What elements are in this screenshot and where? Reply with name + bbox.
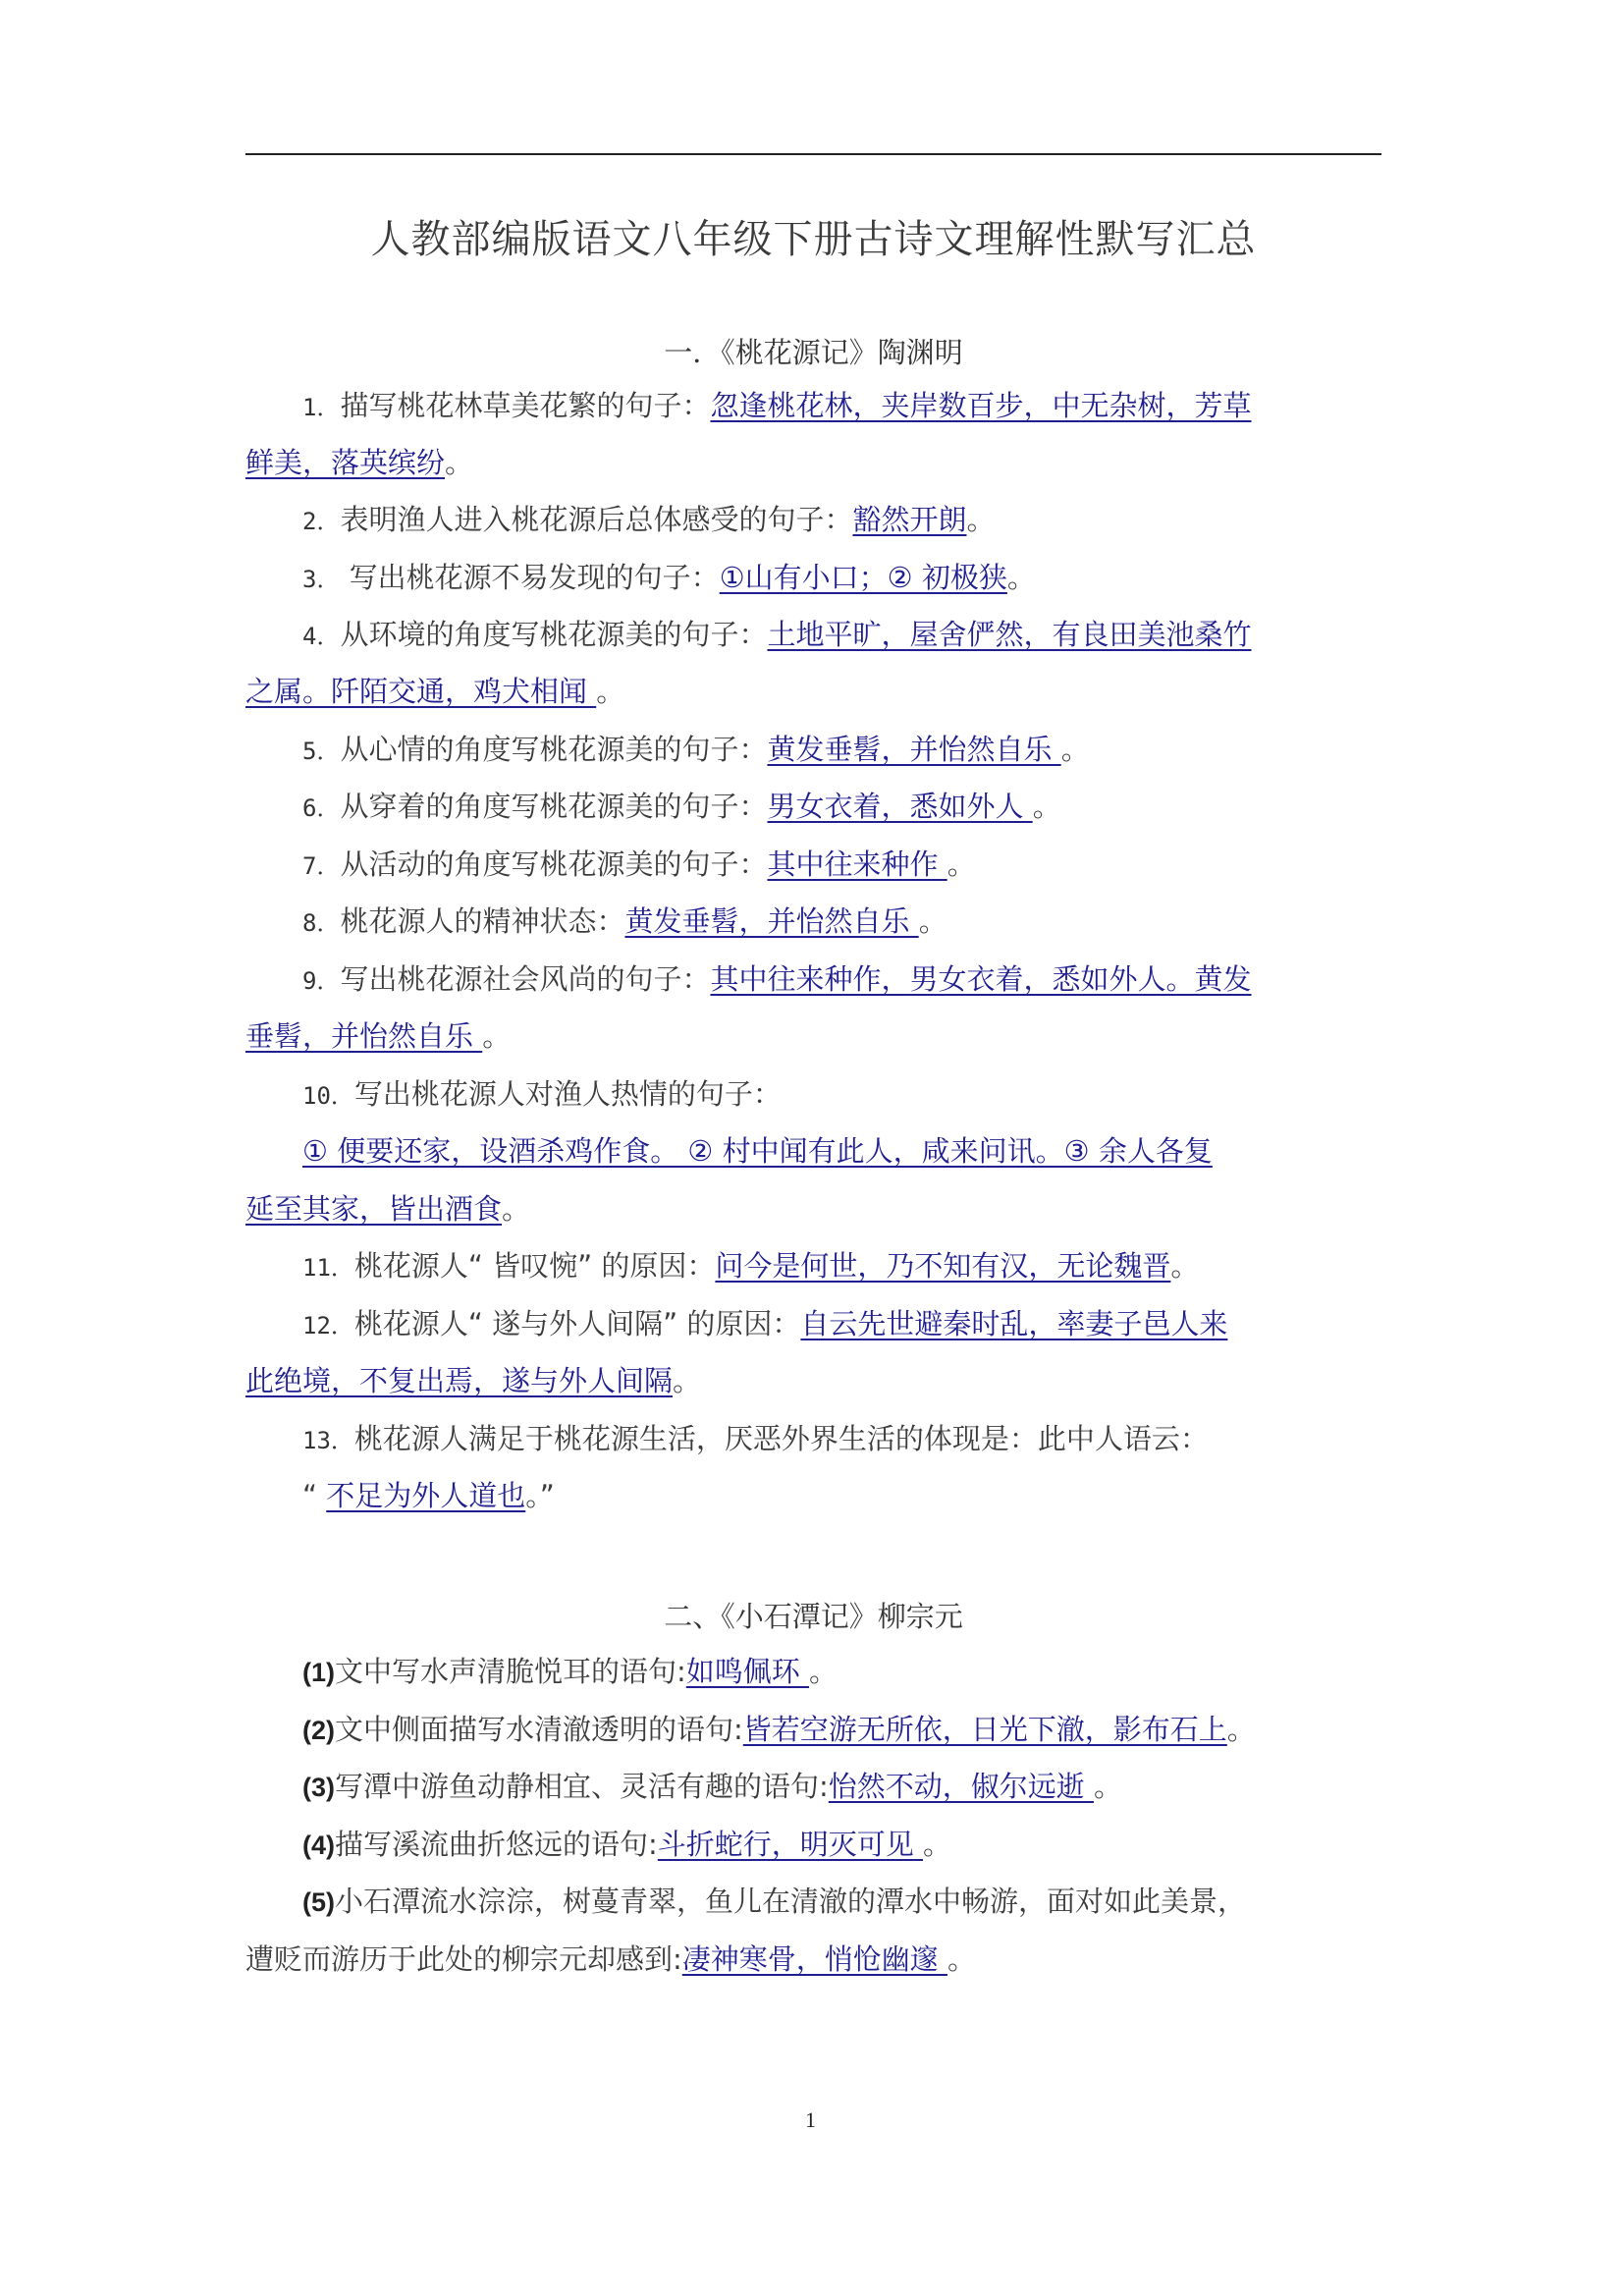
answer: 其中往来种作 — [767, 847, 947, 881]
document-title: 人教部编版语文八年级下册古诗文理解性默写汇总 — [245, 208, 1381, 264]
header-rule — [245, 153, 1381, 155]
item-12: 12．桃花源人“ 遂与外人间隔” 的原因：自云先世避秦时乱，率妻子邑人来 — [245, 1304, 1441, 1345]
item-11: 11．桃花源人“ 皆叹惋” 的原因：问今是何世，乃不知有汉，无论魏晋。 — [245, 1246, 1441, 1287]
answer: ①山有小口；② 初极狭 — [720, 561, 1007, 594]
item-s2-1: (1)文中写水声清脆悦耳的语句:如鸣佩环 。 — [245, 1652, 1441, 1692]
item-1-cont: 鲜美，落英缤纷。 — [245, 443, 1384, 482]
item-10-cont: 延至其家，皆出酒食。 — [245, 1189, 1384, 1229]
item-s2-5-cont: 遭贬而游历于此处的柳宗元却感到:凄神寒骨，悄怆幽邃 。 — [245, 1940, 1384, 1979]
answer: 黄发垂髫，并怡然自乐 — [767, 733, 1060, 766]
item-4: 4．从环境的角度写桃花源美的句子：土地平旷，屋舍俨然，有良田美池桑竹 — [245, 615, 1441, 656]
item-2: 2．表明渔人进入桃花源后总体感受的句子：豁然开朗。 — [245, 500, 1441, 541]
answer: 之属。阡陌交通，鸡犬相闻 — [245, 675, 596, 708]
answer: 凄神寒骨，悄怆幽邃 — [682, 1942, 947, 1976]
item-10: 10．写出桃花源人对渔人热情的句子： — [245, 1074, 1441, 1116]
item-s2-3: (3)写潭中游鱼动静相宜、灵活有趣的语句:怡然不动，俶尔远逝 。 — [245, 1767, 1441, 1807]
answer: 皆若空游无所依，日光下澈，影布石上 — [743, 1713, 1227, 1746]
item-10-answer: ① 便要还家，设酒杀鸡作食。 ② 村中闻有此人，咸来问讯。③ 余人各复 — [245, 1131, 1441, 1171]
item-13: 13．桃花源人满足于桃花源生活，厌恶外界生活的体现是：此中人语云： — [245, 1419, 1441, 1460]
answer: 怡然不动，俶尔远逝 — [829, 1770, 1094, 1803]
section-heading-xiaoshitanji: 二、《小石潭记》柳宗元 — [245, 1595, 1381, 1635]
answer: 男女衣着，悉如外人 — [767, 790, 1032, 823]
item-12-cont: 此绝境，不复出焉，遂与外人间隔。 — [245, 1361, 1384, 1400]
answer: 黄发垂髫，并怡然自乐 — [624, 904, 918, 938]
item-s2-4: (4)描写溪流曲折悠远的语句:斗折蛇行，明灭可见 。 — [245, 1825, 1441, 1865]
answer: 如鸣佩环 — [686, 1655, 809, 1688]
item-s2-2: (2)文中侧面描写水清澈透明的语句:皆若空游无所依，日光下澈，影布石上。 — [245, 1710, 1441, 1750]
item-6: 6．从穿着的角度写桃花源美的句子：男女衣着，悉如外人 。 — [245, 787, 1441, 828]
answer: 鲜美，落英缤纷 — [245, 446, 445, 479]
item-1: 1．描写桃花林草美花繁的句子：忽逢桃花林，夹岸数百步，中无杂树，芳草 — [245, 386, 1441, 427]
answer: 此绝境，不复出焉，遂与外人间隔 — [245, 1364, 673, 1397]
answer: 其中往来种作，男女衣着，悉如外人。黄发 — [710, 962, 1251, 996]
item-9-cont: 垂髫，并怡然自乐 。 — [245, 1016, 1384, 1056]
answer: ① 便要还家，设酒杀鸡作食。 ② 村中闻有此人，咸来问讯。③ 余人各复 — [302, 1134, 1213, 1168]
answer: 忽逢桃花林，夹岸数百步，中无杂树，芳草 — [710, 389, 1251, 422]
item-13-answer: “ 不足为外人道也。” — [245, 1476, 1441, 1515]
answer: 斗折蛇行，明灭可见 — [658, 1828, 923, 1861]
item-9: 9．写出桃花源社会风尚的句子：其中往来种作，男女衣着，悉如外人。黄发 — [245, 959, 1441, 1001]
answer: 自云先世避秦时乱，率妻子邑人来 — [800, 1307, 1227, 1340]
answer: 不足为外人道也 — [326, 1479, 525, 1512]
item-4-cont: 之属。阡陌交通，鸡犬相闻 。 — [245, 672, 1384, 711]
answer: 延至其家，皆出酒食 — [245, 1192, 502, 1226]
answer: 豁然开朗 — [852, 503, 966, 536]
answer: 垂髫，并怡然自乐 — [245, 1019, 482, 1053]
item-3: 3． 写出桃花源不易发现的句子：①山有小口；② 初极狭。 — [245, 558, 1441, 599]
item-s2-5: (5)小石潭流水淙淙，树蔓青翠，鱼儿在清澈的潭水中畅游，面对如此美景， — [245, 1882, 1441, 1922]
answer: 问今是何世，乃不知有汉，无论魏晋 — [715, 1249, 1170, 1283]
item-8: 8．桃花源人的精神状态：黄发垂髫，并怡然自乐 。 — [245, 902, 1441, 943]
answer: 土地平旷，屋舍俨然，有良田美池桑竹 — [767, 618, 1251, 651]
item-5: 5．从心情的角度写桃花源美的句子：黄发垂髫，并怡然自乐 。 — [245, 730, 1441, 771]
page-number: 1 — [805, 2107, 816, 2133]
item-7: 7．从活动的角度写桃花源美的句子：其中往来种作 。 — [245, 845, 1441, 886]
section-heading-taohuayuanji: 一．《桃花源记》陶渊明 — [245, 331, 1381, 371]
